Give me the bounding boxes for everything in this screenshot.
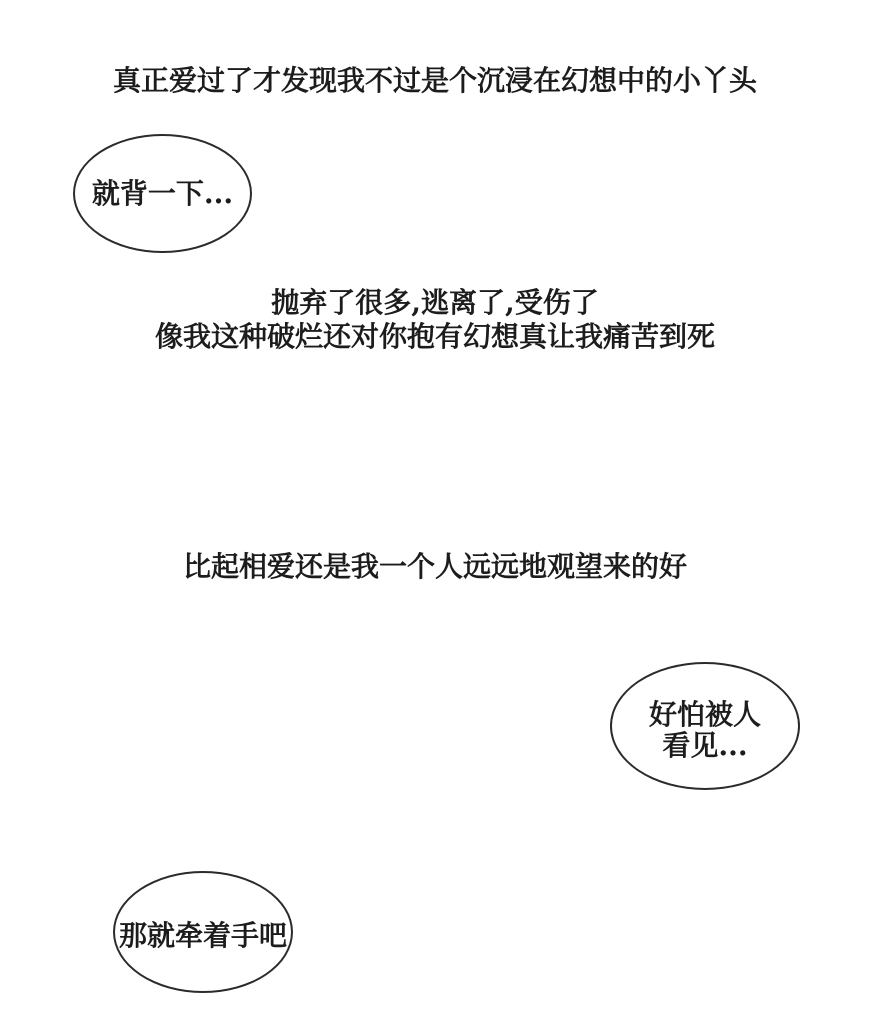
narration-line: 抛弃了很多,逃离了,受伤了	[0, 286, 870, 320]
speech-bubble-2-text-line1: 好怕被人	[649, 699, 761, 730]
narration-line: 比起相爱还是我一个人远远地观望来的好	[0, 552, 870, 582]
speech-bubble-2: 好怕被人 看见...	[610, 662, 800, 790]
narration-block-2: 抛弃了很多,逃离了,受伤了 像我这种破烂还对你抱有幻想真让我痛苦到死	[0, 286, 870, 354]
speech-bubble-2-text-line2: 看见...	[662, 730, 747, 761]
narration-block-3: 比起相爱还是我一个人远远地观望来的好	[0, 552, 870, 582]
speech-bubble-3-text: 那就牵着手吧	[119, 920, 287, 951]
narration-line: 真正爱过了才发现我不过是个沉浸在幻想中的小丫头	[0, 66, 870, 96]
speech-bubble-1-text: 就背一下...	[92, 178, 233, 209]
speech-bubble-3: 那就牵着手吧	[113, 871, 293, 993]
narration-line: 像我这种破烂还对你抱有幻想真让我痛苦到死	[0, 320, 870, 354]
comic-page: 真正爱过了才发现我不过是个沉浸在幻想中的小丫头 就背一下... 抛弃了很多,逃离…	[0, 0, 870, 1009]
narration-block-1: 真正爱过了才发现我不过是个沉浸在幻想中的小丫头	[0, 66, 870, 96]
speech-bubble-1: 就背一下...	[73, 134, 252, 253]
